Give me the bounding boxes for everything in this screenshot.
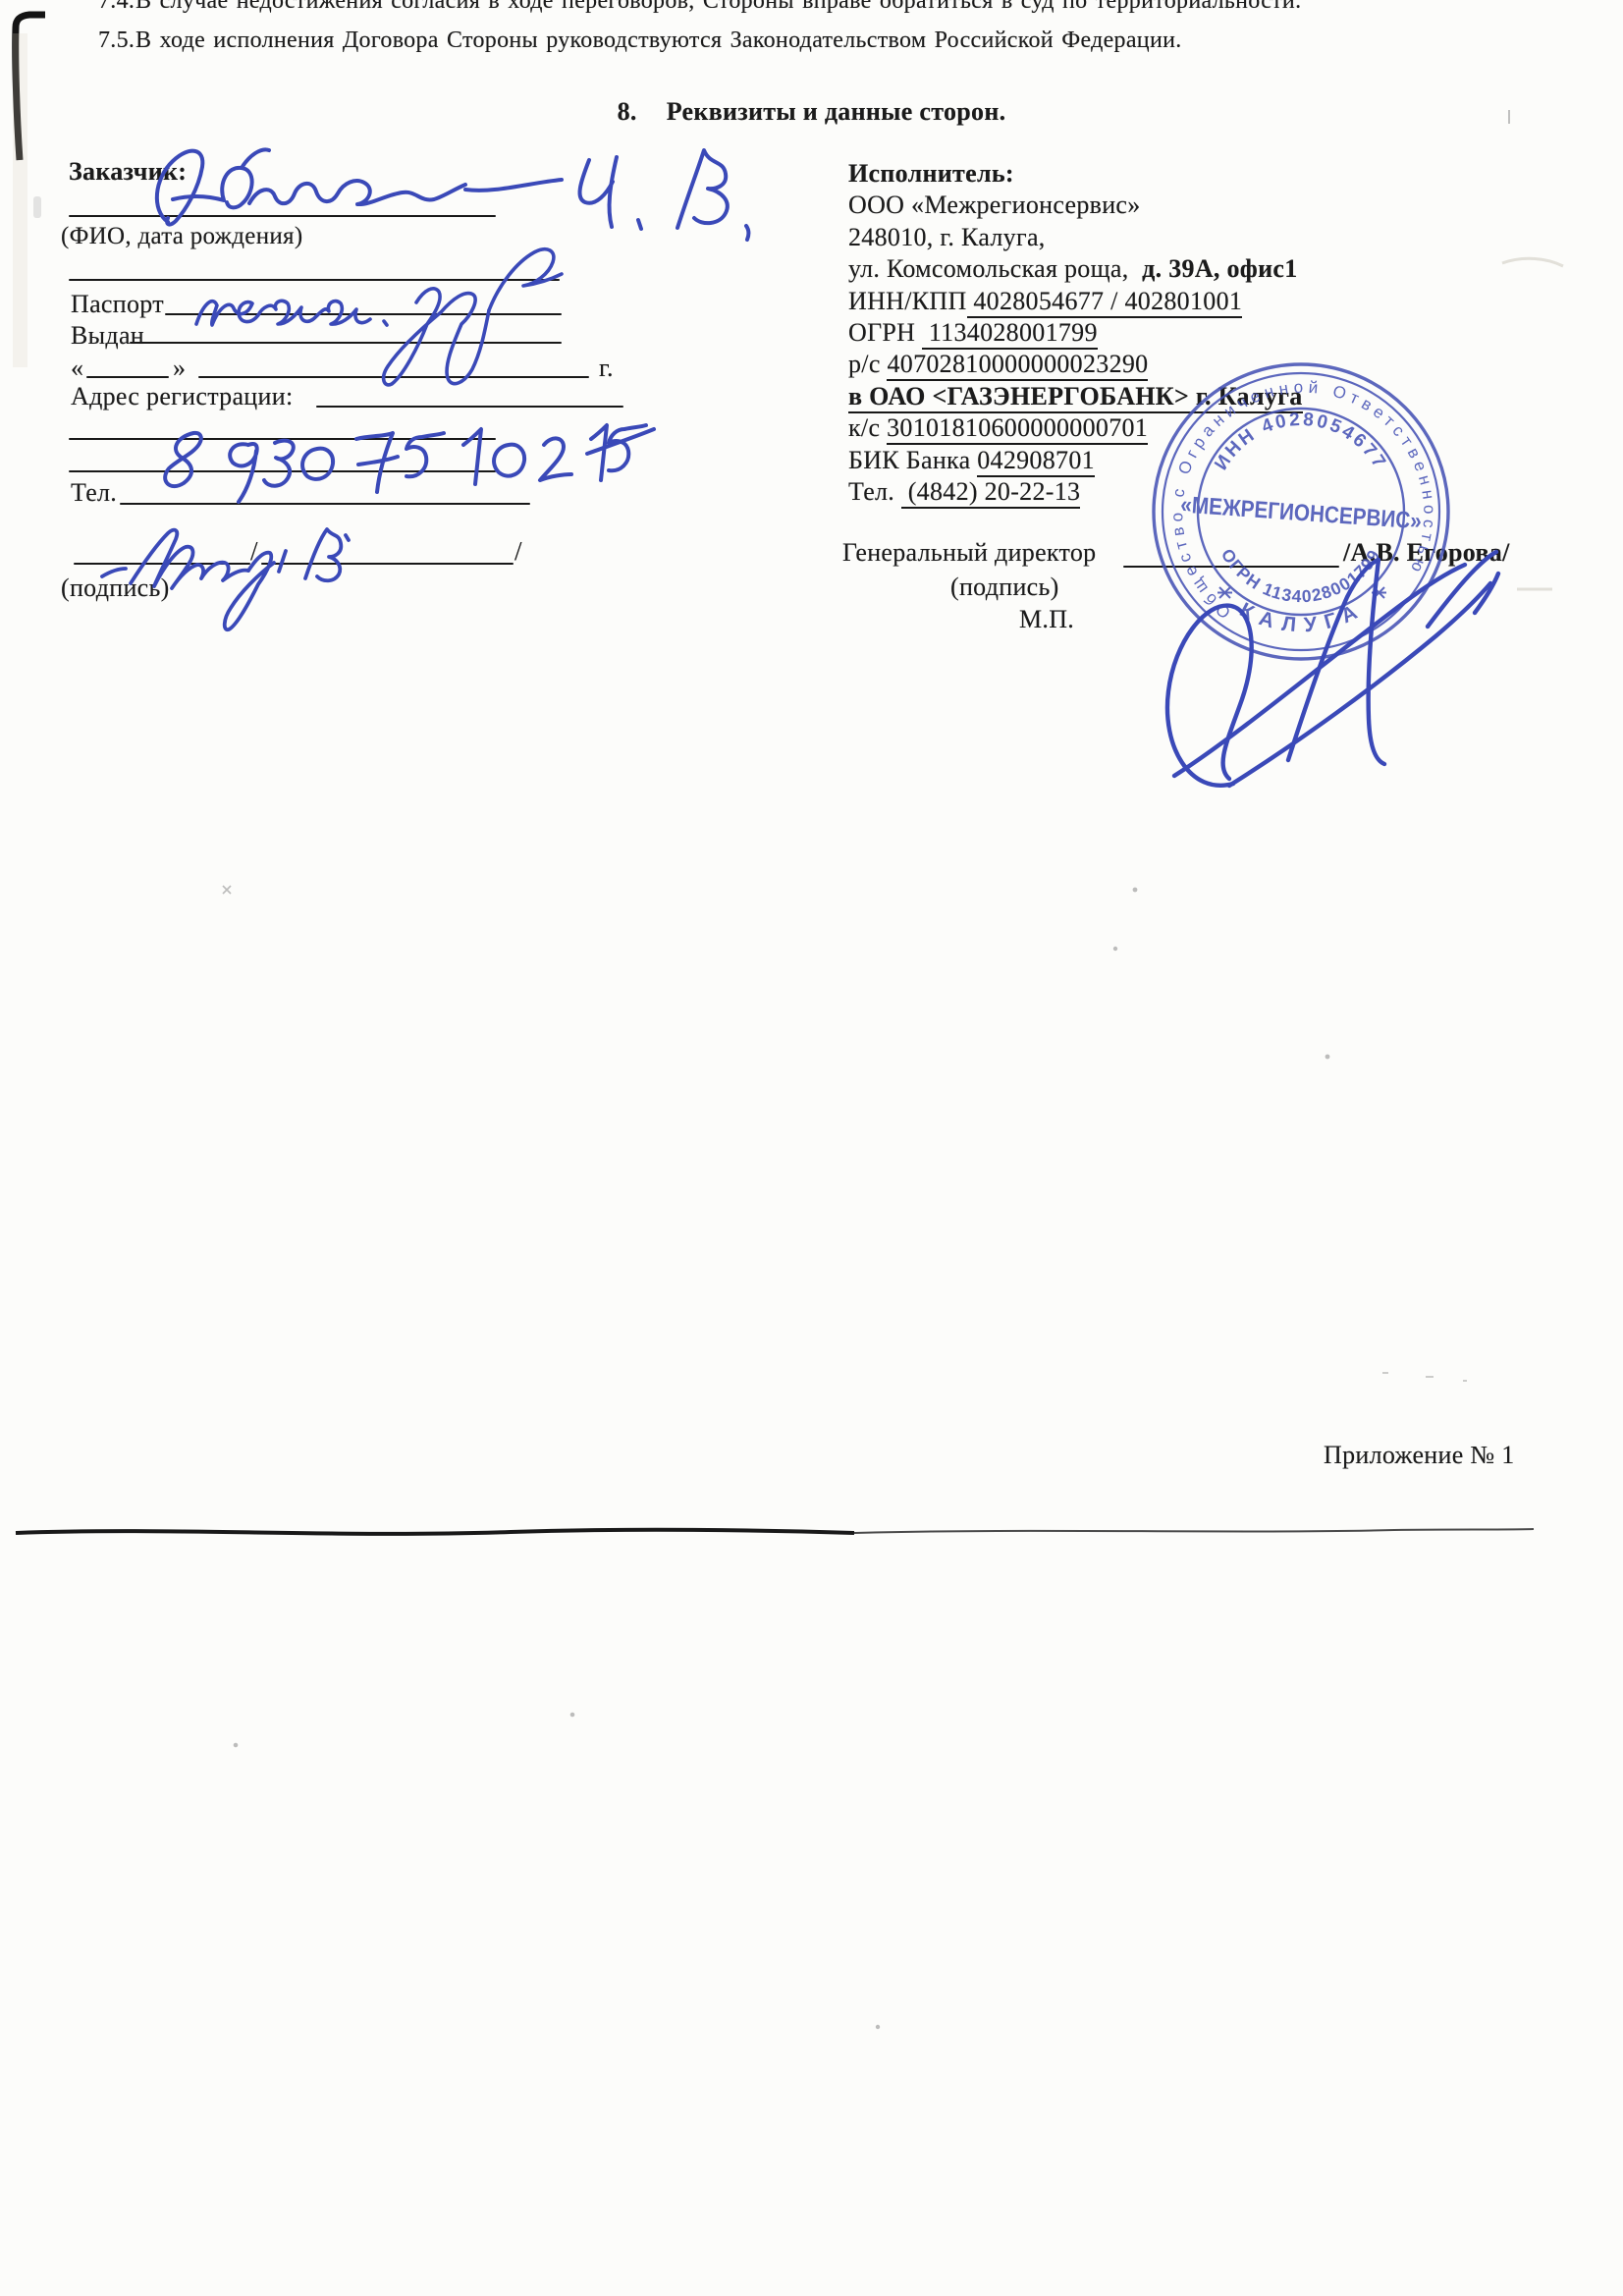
scan-overlay <box>0 0 1623 2296</box>
scanned-contract-page: 7.4. В случае недостижения согласия в хо… <box>0 0 1623 2296</box>
handwriting-customer-name <box>157 149 749 240</box>
scan-noise-specks <box>223 110 1509 2028</box>
bottom-separator-line <box>16 1529 1534 1534</box>
scan-smudges <box>1502 258 1563 589</box>
handwriting-director-signature <box>1167 552 1498 786</box>
handwriting-customer-signature <box>102 529 349 629</box>
scan-edge-artifact <box>13 15 45 367</box>
handwriting-passport-note <box>196 249 562 385</box>
handwriting-phone <box>165 425 654 502</box>
